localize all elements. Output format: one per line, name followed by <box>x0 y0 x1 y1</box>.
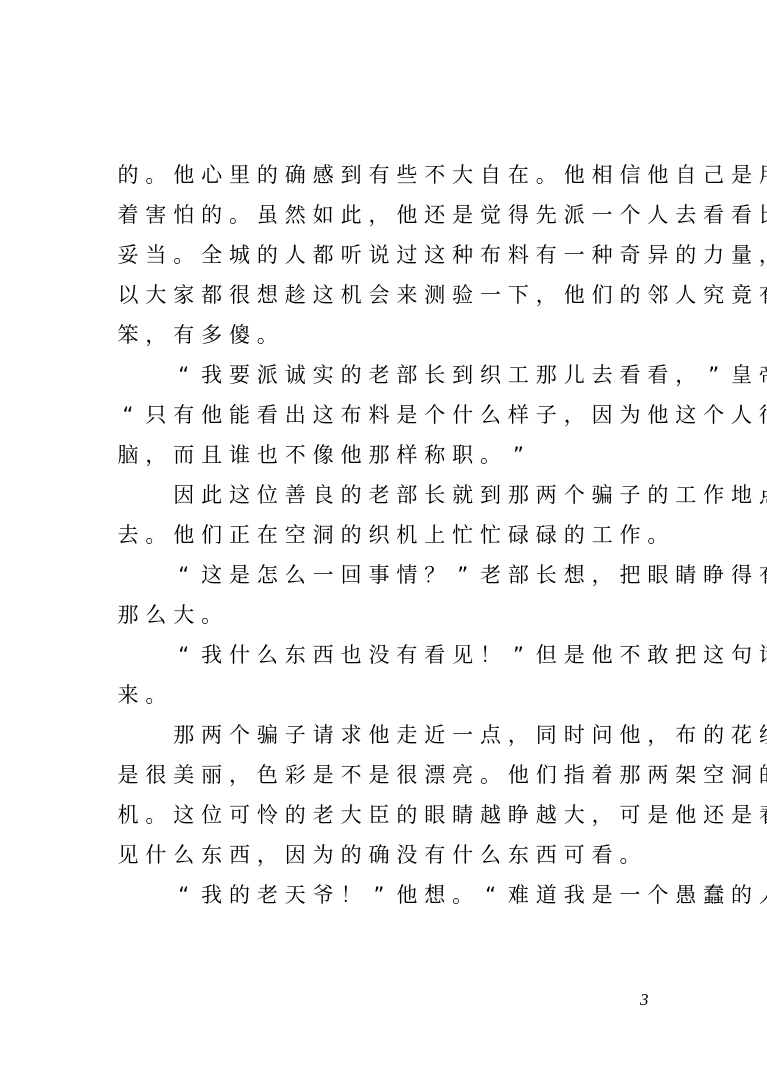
text-line: 那两个骗子请求他走近一点，同时问他，布的花纹是不 <box>114 715 674 755</box>
text-line: 着害怕的。虽然如此，他还是觉得先派一个人去看看比较 <box>114 195 674 235</box>
text-line: 脑，而且谁也不像他那样称职。” <box>114 435 674 475</box>
body-text: 的。他心里的确感到有些不大自在。他相信他自己是用不 着害怕的。虽然如此，他还是觉… <box>114 155 674 915</box>
text-line: 见什么东西，因为的确没有什么东西可看。 <box>114 835 674 875</box>
text-line: 机。这位可怜的老大臣的眼睛越睁越大，可是他还是看不 <box>114 795 674 835</box>
text-line: “我的老天爷！”他想。“难道我是一个愚蠢的人吗？我 <box>114 875 674 915</box>
text-line: 来。 <box>114 675 674 715</box>
text-line: 妥当。全城的人都听说过这种布料有一种奇异的力量，所 <box>114 235 674 275</box>
text-line: 是很美丽，色彩是不是很漂亮。他们指着那两架空洞的织 <box>114 755 674 795</box>
text-line: 因此这位善良的老部长就到那两个骗子的工作地点 <box>114 475 674 515</box>
text-line: “只有他能看出这布料是个什么样子，因为他这个人很有头 <box>114 395 674 435</box>
text-line: 那么大。 <box>114 595 674 635</box>
text-line: 去。他们正在空洞的织机上忙忙碌碌的工作。 <box>114 515 674 555</box>
text-line: “我要派诚实的老部长到织工那儿去看看，”皇帝想。 <box>114 355 674 395</box>
text-line: “我什么东西也没有看见！”但是他不敢把这句话说出 <box>114 635 674 675</box>
text-line: 的。他心里的确感到有些不大自在。他相信他自己是用不 <box>114 155 674 195</box>
document-page: 的。他心里的确感到有些不大自在。他相信他自己是用不 着害怕的。虽然如此，他还是觉… <box>0 0 767 1086</box>
page-number: 3 <box>640 990 649 1010</box>
text-line: 笨，有多傻。 <box>114 315 674 355</box>
text-line: 以大家都很想趁这机会来测验一下，他们的邻人究竟有多 <box>114 275 674 315</box>
text-line: “这是怎么一回事情？”老部长想，把眼睛睁得有碗口 <box>114 555 674 595</box>
